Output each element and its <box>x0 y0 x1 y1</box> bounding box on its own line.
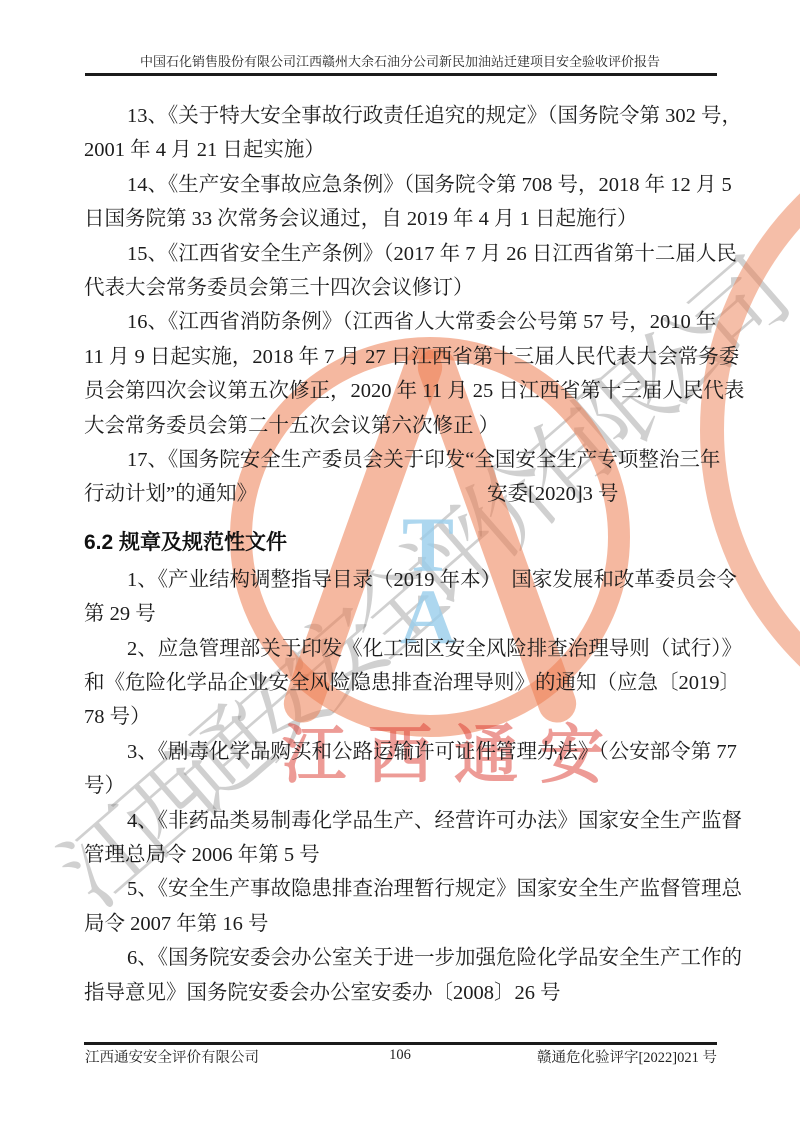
footer-rule <box>84 1042 717 1045</box>
body-line-with-reference: 行动计划”的通知》 安委[2020]3 号 <box>84 477 724 511</box>
body-line: 第 29 号 <box>84 597 724 631</box>
body-line: 指导意见》国务院安委会办公室安委办〔2008〕26 号 <box>84 976 724 1010</box>
body-line: 员会第四次会议第五次修正，2020 年 11 月 25 日江西省第十三届人民代表 <box>84 374 724 408</box>
body-line: 78 号） <box>84 700 724 734</box>
body-line: 16、《江西省消防条例》（江西省人大常委会公号第 57 号，2010 年 <box>84 305 724 339</box>
section-heading: 6.2 规章及规范性文件 <box>84 526 724 560</box>
header-rule <box>85 73 717 76</box>
footer-doc-number: 赣通危化验评字[2022]021 号 <box>537 1049 717 1067</box>
body-line: 3、《剧毒化学品购买和公路运输许可证件管理办法》（公安部令第 77 <box>84 735 724 769</box>
header-title: 中国石化销售股份有限公司江西赣州大余石油分公司新民加油站迁建项目安全验收评价报告 <box>0 54 800 70</box>
body-line: 17、《国务院安全生产委员会关于印发“全国安全生产专项整治三年 <box>84 443 724 477</box>
body-line: 5、《安全生产事故隐患排查治理暂行规定》国家安全生产监督管理总 <box>84 872 724 906</box>
body-line: 日国务院第 33 次常务会议通过，自 2019 年 4 月 1 日起施行） <box>84 202 724 236</box>
body-line: 和《危险化学品企业安全风险隐患排查治理导则》的通知（应急〔2019〕 <box>84 666 724 700</box>
body-line: 2、应急管理部关于印发《化工园区安全风险排查治理导则（试行）》 <box>84 632 724 666</box>
body-line: 1、《产业结构调整指导目录（2019 年本） 国家发展和改革委员会令 <box>84 563 724 597</box>
body-line: 11 月 9 日起实施，2018 年 7 月 27 日江西省第十三届人民代表大会… <box>84 340 724 374</box>
body-line: 局令 2007 年第 16 号 <box>84 907 724 941</box>
body-line: 14、《生产安全事故应急条例》（国务院令第 708 号，2018 年 12 月 … <box>84 168 724 202</box>
body-line: 4、《非药品类易制毒化学品生产、经营许可办法》国家安全生产监督 <box>84 804 724 838</box>
body-line: 大会常务委员会第二十五次会议第六次修正 ） <box>84 409 724 443</box>
document-page: 江西通安安全评价有限公司 T A 江西通安 中国石化销售股份有限公司江西赣州大余… <box>0 0 800 1131</box>
body-line: 13、《关于特大安全事故行政责任追究的规定》（国务院令第 302 号， <box>84 99 724 133</box>
body-line: 6、《国务院安委会办公室关于进一步加强危险化学品安全生产工作的 <box>84 941 724 975</box>
body-line: 号） <box>84 769 724 803</box>
body-line: 管理总局令 2006 年第 5 号 <box>84 838 724 872</box>
body-line: 2001 年 4 月 21 日起实施） <box>84 133 724 167</box>
body-line: 代表大会常务委员会第三十四次会议修订） <box>84 271 724 305</box>
body-line-text: 行动计划”的通知》 <box>84 483 257 505</box>
body-line: 15、《江西省安全生产条例》（2017 年 7 月 26 日江西省第十二届人民 <box>84 237 724 271</box>
document-body: 13、《关于特大安全事故行政责任追究的规定》（国务院令第 302 号， 2001… <box>84 99 724 1010</box>
document-reference-number: 安委[2020]3 号 <box>487 477 619 511</box>
